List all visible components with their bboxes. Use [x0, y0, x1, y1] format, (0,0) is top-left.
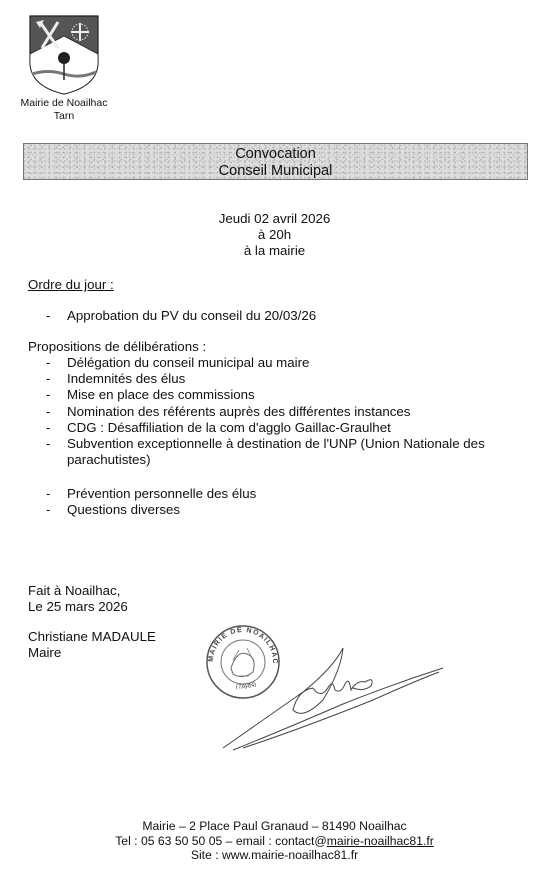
extra-items-list: Prévention personnelle des élus Question… [28, 486, 528, 518]
agenda-list: Approbation du PV du conseil du 20/03/26 [28, 308, 528, 324]
mairie-name-text: Mairie de Noailhac [0, 97, 128, 110]
closing-place-date: Fait à Noailhac, Le 25 mars 2026 [28, 583, 128, 615]
svg-text:(TARN): (TARN) [235, 681, 258, 691]
closing-date: Le 25 mars 2026 [28, 599, 128, 615]
coat-of-arms-logo [28, 14, 100, 96]
mairie-name: Mairie de Noailhac Tarn [0, 97, 128, 123]
signature-icon [223, 648, 443, 750]
footer-contact: Tel : 05 63 50 50 05 – email : contact@m… [0, 834, 549, 849]
signatory-name: Christiane MADAULE [28, 629, 156, 645]
department-text: Tarn [0, 110, 128, 123]
signatory-role: Maire [28, 645, 156, 661]
signatory-block: Christiane MADAULE Maire [28, 629, 156, 661]
list-item: Approbation du PV du conseil du 20/03/26 [28, 308, 528, 324]
list-item: Subvention exceptionnelle à destination … [28, 436, 538, 468]
list-item: Délégation du conseil municipal au maire [28, 355, 538, 371]
agenda-title: Ordre du jour : [28, 277, 114, 292]
banner-line1: Convocation [24, 146, 527, 163]
official-stamp-icon: MAIRIE DE NOAILHAC (TARN) [207, 626, 279, 698]
list-item: Indemnités des élus [28, 371, 538, 387]
footer-phone-email: Tel : 05 63 50 50 05 – email : contact@ [115, 834, 327, 848]
propositions-title: Propositions de délibérations : [28, 339, 206, 354]
banner-line2: Conseil Municipal [24, 163, 527, 180]
meeting-place: à la mairie [0, 243, 549, 259]
propositions-list: Délégation du conseil municipal au maire… [28, 355, 538, 468]
list-item: Questions diverses [28, 502, 528, 518]
meeting-time: à 20h [0, 227, 549, 243]
title-banner: Convocation Conseil Municipal [23, 143, 528, 180]
svg-text:MAIRIE DE NOAILHAC: MAIRIE DE NOAILHAC [208, 627, 278, 665]
list-item: Nomination des référents auprès des diff… [28, 404, 538, 420]
stamp-signature: MAIRIE DE NOAILHAC (TARN) [203, 620, 453, 755]
meeting-date: Jeudi 02 avril 2026 [0, 211, 549, 227]
footer-site[interactable]: Site : www.mairie-noailhac81.fr [0, 848, 549, 863]
email-link[interactable]: mairie-noailhac81.fr [327, 834, 434, 848]
closing-place: Fait à Noailhac, [28, 583, 128, 599]
footer-address: Mairie – 2 Place Paul Granaud – 81490 No… [0, 819, 549, 834]
meeting-details: Jeudi 02 avril 2026 à 20h à la mairie [0, 211, 549, 259]
list-item: Prévention personnelle des élus [28, 486, 528, 502]
list-item: CDG : Désaffiliation de la com d'agglo G… [28, 420, 538, 436]
footer: Mairie – 2 Place Paul Granaud – 81490 No… [0, 819, 549, 863]
list-item: Mise en place des commissions [28, 387, 538, 403]
